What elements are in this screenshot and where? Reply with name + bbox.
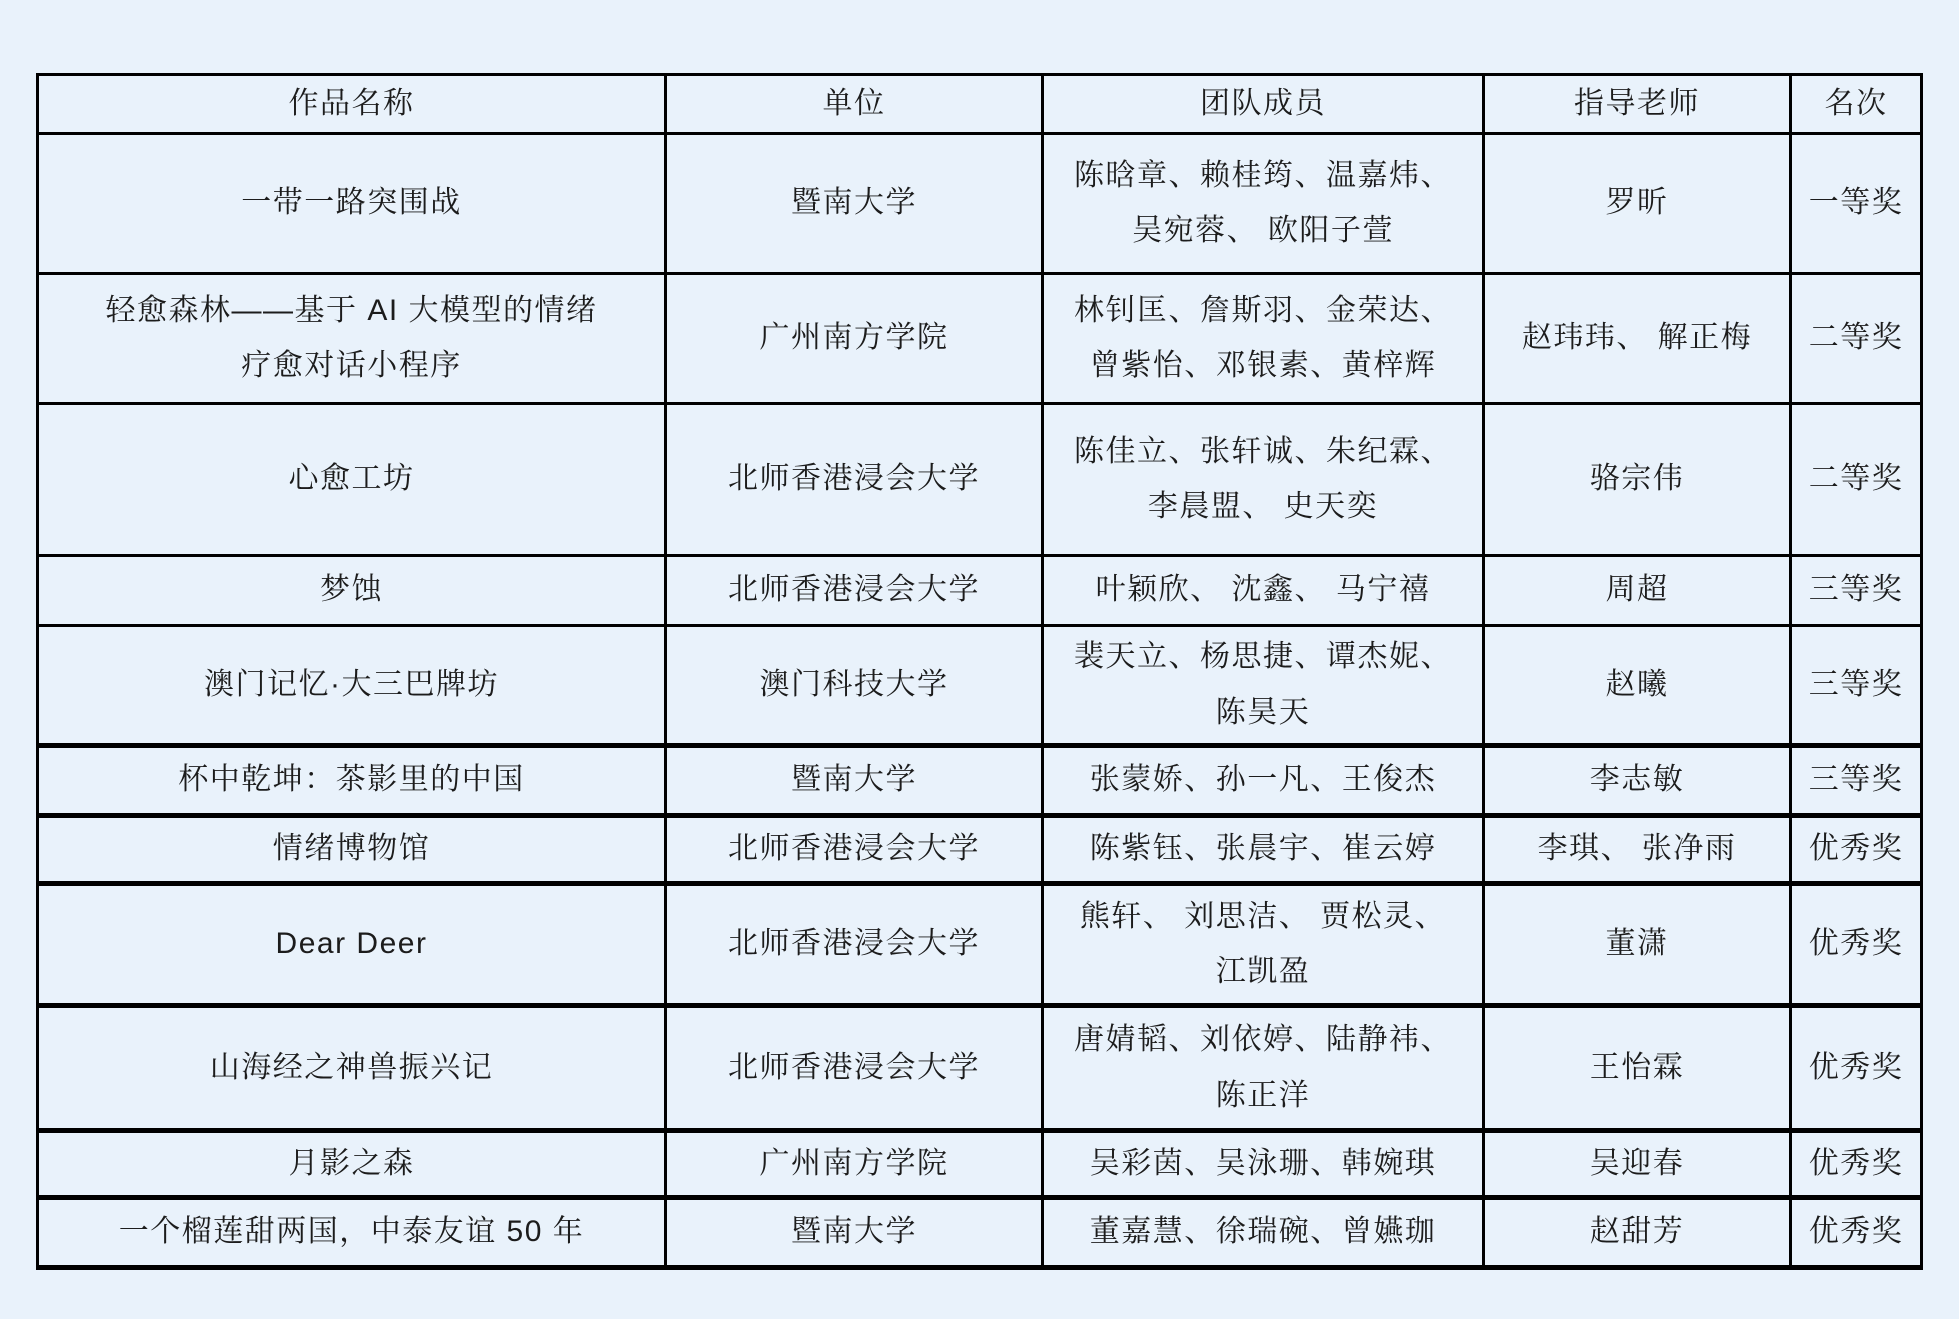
cell-work-title: 情绪博物馆 [38,815,666,883]
cell-team-members: 陈晗章、赖桂筠、温嘉炜、 吴宛蓉、 欧阳子萱 [1043,133,1484,273]
header-rank: 名次 [1791,75,1922,134]
cell-rank: 二等奖 [1791,403,1922,555]
cell-team-members: 陈佳立、张轩诚、朱纪霖、 李晨盟、 史天奕 [1043,403,1484,555]
cell-work-title: 梦蚀 [38,555,666,625]
table-row: 轻愈森林——基于 AI 大模型的情绪 疗愈对话小程序 广州南方学院 林钊匡、詹斯… [38,273,1922,403]
cell-team-members: 裴天立、杨思捷、谭杰妮、 陈昊天 [1043,625,1484,745]
cell-unit: 广州南方学院 [666,273,1043,403]
cell-work-title: 月影之森 [38,1130,666,1197]
cell-rank: 优秀奖 [1791,1197,1922,1267]
cell-work-title: 一个榴莲甜两国，中泰友谊 50 年 [38,1197,666,1267]
cell-rank: 三等奖 [1791,625,1922,745]
cell-unit: 北师香港浸会大学 [666,403,1043,555]
cell-team-members: 吴彩茵、吴泳珊、韩婉琪 [1043,1130,1484,1197]
cell-rank: 优秀奖 [1791,815,1922,883]
header-advisor: 指导老师 [1484,75,1791,134]
cell-rank: 优秀奖 [1791,1130,1922,1197]
cell-work-title: 一带一路突围战 [38,133,666,273]
cell-advisor: 李志敏 [1484,745,1791,815]
cell-rank: 三等奖 [1791,745,1922,815]
cell-team-members: 熊轩、 刘思洁、 贾松灵、 江凯盈 [1043,883,1484,1005]
cell-team-members: 唐婧韬、刘依婷、陆静祎、 陈正洋 [1043,1005,1484,1130]
cell-unit: 北师香港浸会大学 [666,883,1043,1005]
cell-unit: 暨南大学 [666,745,1043,815]
competition-results-table: 作品名称 单位 团队成员 指导老师 名次 一带一路突围战 暨南大学 陈晗章、赖桂… [36,73,1923,1270]
cell-rank: 三等奖 [1791,555,1922,625]
table-row: 梦蚀 北师香港浸会大学 叶颖欣、 沈鑫、 马宁禧 周超 三等奖 [38,555,1922,625]
header-row: 作品名称 单位 团队成员 指导老师 名次 [38,75,1922,134]
table-row: 一个榴莲甜两国，中泰友谊 50 年 暨南大学 董嘉慧、徐瑞碗、曾嬿珈 赵甜芳 优… [38,1197,1922,1267]
cell-work-title: 杯中乾坤：茶影里的中国 [38,745,666,815]
results-table-container: 作品名称 单位 团队成员 指导老师 名次 一带一路突围战 暨南大学 陈晗章、赖桂… [36,73,1923,1270]
cell-work-title: 山海经之神兽振兴记 [38,1005,666,1130]
table-row: 山海经之神兽振兴记 北师香港浸会大学 唐婧韬、刘依婷、陆静祎、 陈正洋 王怡霖 … [38,1005,1922,1130]
cell-rank: 二等奖 [1791,273,1922,403]
table-row: 心愈工坊 北师香港浸会大学 陈佳立、张轩诚、朱纪霖、 李晨盟、 史天奕 骆宗伟 … [38,403,1922,555]
cell-team-members: 董嘉慧、徐瑞碗、曾嬿珈 [1043,1197,1484,1267]
cell-team-members: 叶颖欣、 沈鑫、 马宁禧 [1043,555,1484,625]
table-row: 月影之森 广州南方学院 吴彩茵、吴泳珊、韩婉琪 吴迎春 优秀奖 [38,1130,1922,1197]
cell-advisor: 罗昕 [1484,133,1791,273]
table-row: 情绪博物馆 北师香港浸会大学 陈紫钰、张晨宇、崔云婷 李琪、 张净雨 优秀奖 [38,815,1922,883]
cell-work-title: Dear Deer [38,883,666,1005]
cell-advisor: 赵甜芳 [1484,1197,1791,1267]
cell-team-members: 林钊匡、詹斯羽、金荣达、 曾紫怡、邓银素、黄梓辉 [1043,273,1484,403]
cell-advisor: 骆宗伟 [1484,403,1791,555]
cell-advisor: 赵曦 [1484,625,1791,745]
cell-rank: 一等奖 [1791,133,1922,273]
cell-unit: 暨南大学 [666,133,1043,273]
cell-unit: 澳门科技大学 [666,625,1043,745]
cell-unit: 广州南方学院 [666,1130,1043,1197]
cell-advisor: 吴迎春 [1484,1130,1791,1197]
table-row: 一带一路突围战 暨南大学 陈晗章、赖桂筠、温嘉炜、 吴宛蓉、 欧阳子萱 罗昕 一… [38,133,1922,273]
cell-advisor: 董潇 [1484,883,1791,1005]
cell-rank: 优秀奖 [1791,883,1922,1005]
cell-team-members: 张蒙娇、孙一凡、王俊杰 [1043,745,1484,815]
header-work-title: 作品名称 [38,75,666,134]
table-row: 澳门记忆·大三巴牌坊 澳门科技大学 裴天立、杨思捷、谭杰妮、 陈昊天 赵曦 三等… [38,625,1922,745]
header-team-members: 团队成员 [1043,75,1484,134]
cell-unit: 北师香港浸会大学 [666,1005,1043,1130]
cell-unit: 北师香港浸会大学 [666,555,1043,625]
cell-unit: 北师香港浸会大学 [666,815,1043,883]
cell-advisor: 周超 [1484,555,1791,625]
cell-team-members: 陈紫钰、张晨宇、崔云婷 [1043,815,1484,883]
cell-work-title: 轻愈森林——基于 AI 大模型的情绪 疗愈对话小程序 [38,273,666,403]
cell-work-title: 心愈工坊 [38,403,666,555]
table-row: Dear Deer 北师香港浸会大学 熊轩、 刘思洁、 贾松灵、 江凯盈 董潇 … [38,883,1922,1005]
table-row: 杯中乾坤：茶影里的中国 暨南大学 张蒙娇、孙一凡、王俊杰 李志敏 三等奖 [38,745,1922,815]
cell-advisor: 赵玮玮、 解正梅 [1484,273,1791,403]
header-unit: 单位 [666,75,1043,134]
cell-work-title: 澳门记忆·大三巴牌坊 [38,625,666,745]
cell-advisor: 李琪、 张净雨 [1484,815,1791,883]
cell-unit: 暨南大学 [666,1197,1043,1267]
cell-advisor: 王怡霖 [1484,1005,1791,1130]
cell-rank: 优秀奖 [1791,1005,1922,1130]
